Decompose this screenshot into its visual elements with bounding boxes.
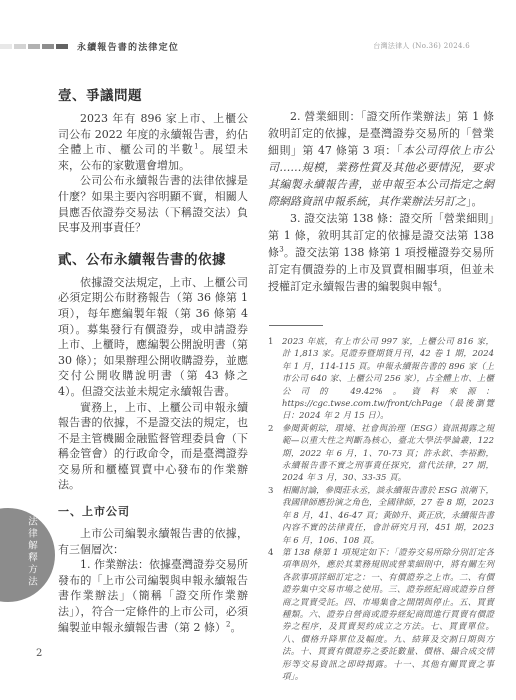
paragraph: 實務上，上市、上櫃公司申報永續報告書的依據，不是證交法的規定，也不是主管機關金融… [58,400,248,494]
footnote-text: 相關討論，參閱莊永丞，談永續報告書於 ESG 浪潮下，我國律師應扮演之角色，全國… [282,485,494,547]
paragraph: 公司公布永續報告書的法律依據是什麼？如果主要內容明顯不實，相關人員應否依證券交易… [58,173,248,235]
paragraph-text: 。證交法第 138 條第 1 項授權證券交易所訂定有價證券的上市及買賣相關事項，… [268,246,494,293]
footnote-text: 參閱黃朝琮，環境、社會與治理（ESG）資訊揭露之規範—以重大性之判斷為核心，臺北… [282,423,494,485]
subsection-heading-listed-companies: 一、上市公司 [58,503,248,519]
paragraph-text: 1. 作業辦法：依據臺灣證券交易所發布的「上市公司編製與申報永續報告書作業辦法」… [58,558,248,633]
page-header: 永續報告書的法律定位 台灣法律人 (No.36) 2024.6 [0,40,470,52]
footnote-number: 4 [268,547,282,683]
chapter-tab-label: 法律解釋方法 [24,516,38,598]
paragraph: 上市公司編製永續報告書的依據，有三個層次： [58,526,248,557]
running-title: 永續報告書的法律定位 [77,40,179,53]
strip-segment [56,44,68,49]
footnote-number: 3 [268,485,282,547]
footnote: 1 2023 年底，有上市公司 997 家，上櫃公司 816 家，計 1,813… [268,336,494,423]
paragraph-text: 。 [230,621,241,634]
footnote-number: 1 [268,336,282,423]
strip-segment [14,44,26,49]
section-heading-dispute: 壹、爭議問題 [58,84,248,104]
header-decoration-strip [0,44,68,49]
page-number: 2 [36,648,42,659]
footnote-separator [269,325,323,326]
footnote: 3 相關討論，參閱莊永丞，談永續報告書於 ESG 浪潮下，我國律師應扮演之角色，… [268,485,494,547]
footnote: 4 第 138 條第 1 項規定如下：「證券交易所除分別訂定各項準則外，應於其業… [268,547,494,683]
strip-segment [28,44,40,49]
content-columns: 壹、爭議問題 2023 年有 896 家上市、上櫃公司公布 2022 年度的永續… [58,84,494,683]
footnote-number: 2 [268,423,282,485]
paragraph-text: 」。 [466,195,483,208]
paragraph: 依據證交法規定，上市、上櫃公司必須定期公布財務報告（第 36 條第 1 項），每… [58,275,248,400]
footnote-text: 第 138 條第 1 項規定如下：「證券交易所除分別訂定各項準則外，應於其業務規… [282,547,494,683]
footnote-text: 2023 年底，有上市公司 997 家，上櫃公司 816 家，計 1,813 家… [282,336,494,423]
strip-segment [0,44,12,49]
footnote: 2 參閱黃朝琮，環境、社會與治理（ESG）資訊揭露之規範—以重大性之判斷為核心，… [268,423,494,485]
journal-page: 永續報告書的法律定位 台灣法律人 (No.36) 2024.6 壹、爭議問題 2… [0,0,516,700]
section-heading-basis: 貳、公布永續報告書的依據 [58,248,248,268]
right-column: 2. 營業細則：「證交所作業辦法」第 1 條敘明訂定的依據，是臺灣證券交易所的「… [268,84,494,683]
paragraph: 3. 證交法第 138 條：證交所「營業細則」第 1 條，敘明其訂定的依據是證交… [268,210,494,295]
paragraph: 1. 作業辦法：依據臺灣證券交易所發布的「上市公司編製與申報永續報告書作業辦法」… [58,557,248,635]
journal-issue-label: 台灣法律人 (No.36) 2024.6 [373,41,470,51]
footnotes-section: 1 2023 年底，有上市公司 997 家，上櫃公司 816 家，計 1,813… [268,336,494,683]
left-column: 壹、爭議問題 2023 年有 896 家上市、上櫃公司公布 2022 年度的永續… [58,84,248,683]
strip-segment [42,44,54,49]
paragraph: 2023 年有 896 家上市、上櫃公司公布 2022 年度的永續報告書，約佔全… [58,111,248,173]
paragraph: 2. 營業細則：「證交所作業辦法」第 1 條敘明訂定的依據，是臺灣證券交易所的「… [268,108,494,210]
paragraph-text: 。 [437,280,448,293]
